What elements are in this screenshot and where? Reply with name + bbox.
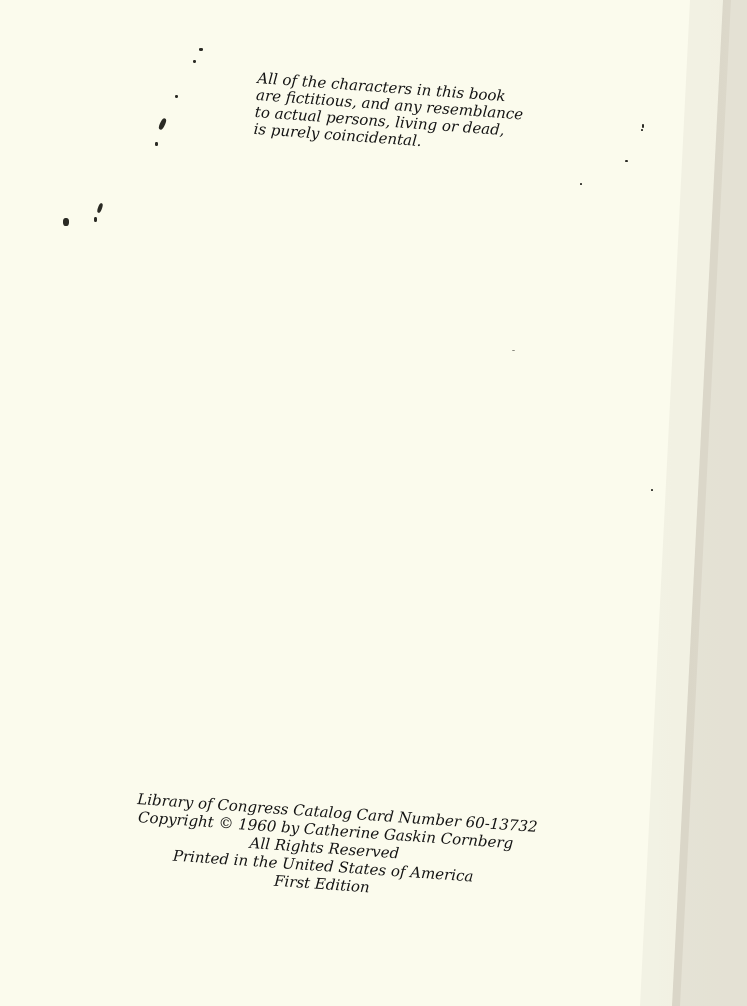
speck: [625, 160, 628, 162]
speck: [642, 124, 644, 128]
speck: [641, 129, 643, 131]
speck: [199, 48, 203, 51]
speck: [63, 218, 69, 226]
speck: [155, 142, 158, 146]
speck: [651, 489, 653, 491]
speck: [175, 95, 178, 98]
speck: [94, 217, 97, 222]
speck: [193, 60, 196, 63]
speck: [580, 183, 582, 185]
